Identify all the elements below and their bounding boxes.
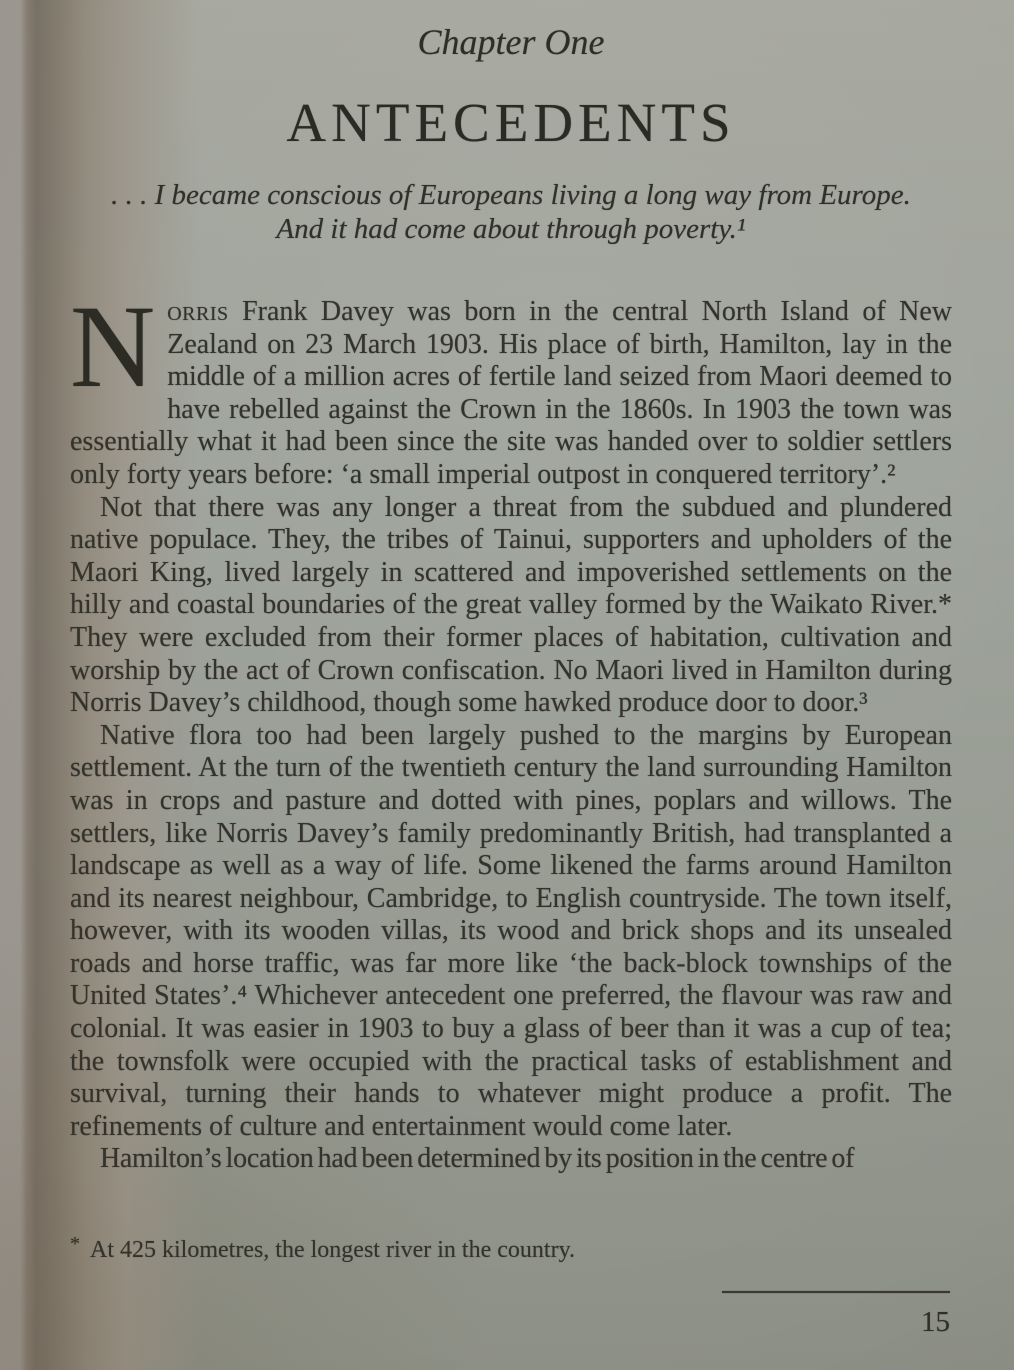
footnote-text: At 425 kilometres, the longest river in … xyxy=(90,1237,575,1263)
page-number: 15 xyxy=(830,1306,950,1339)
chapter-heading: Chapter One xyxy=(70,22,952,62)
footnote: *At 425 kilometres, the longest river in… xyxy=(70,1236,575,1265)
paragraph-1: Norris Frank Davey was born in the centr… xyxy=(70,296,952,492)
dropcap-letter: N xyxy=(70,298,155,396)
epigraph: . . . I became conscious of Europeans li… xyxy=(70,178,952,246)
footnote-asterisk: * xyxy=(70,1230,80,1258)
paragraph-2: Not that there was any longer a threat f… xyxy=(70,492,952,720)
footer-rule xyxy=(722,1291,950,1293)
epigraph-line-1: . . . I became conscious of Europeans li… xyxy=(70,178,952,212)
text-column: Chapter One ANTECEDENTS . . . I became c… xyxy=(70,0,952,1176)
book-page: Chapter One ANTECEDENTS . . . I became c… xyxy=(0,0,1014,1370)
chapter-title: ANTECEDENTS xyxy=(70,92,952,154)
epigraph-line-2: And it had come about through poverty.¹ xyxy=(70,212,952,246)
paragraph-4: Hamilton’s location had been determined … xyxy=(70,1143,952,1176)
dropcap-word-smallcaps: orris xyxy=(167,296,228,327)
body-text: Norris Frank Davey was born in the centr… xyxy=(70,296,952,1176)
paragraph-3: Native flora too had been largely pushed… xyxy=(70,720,952,1144)
